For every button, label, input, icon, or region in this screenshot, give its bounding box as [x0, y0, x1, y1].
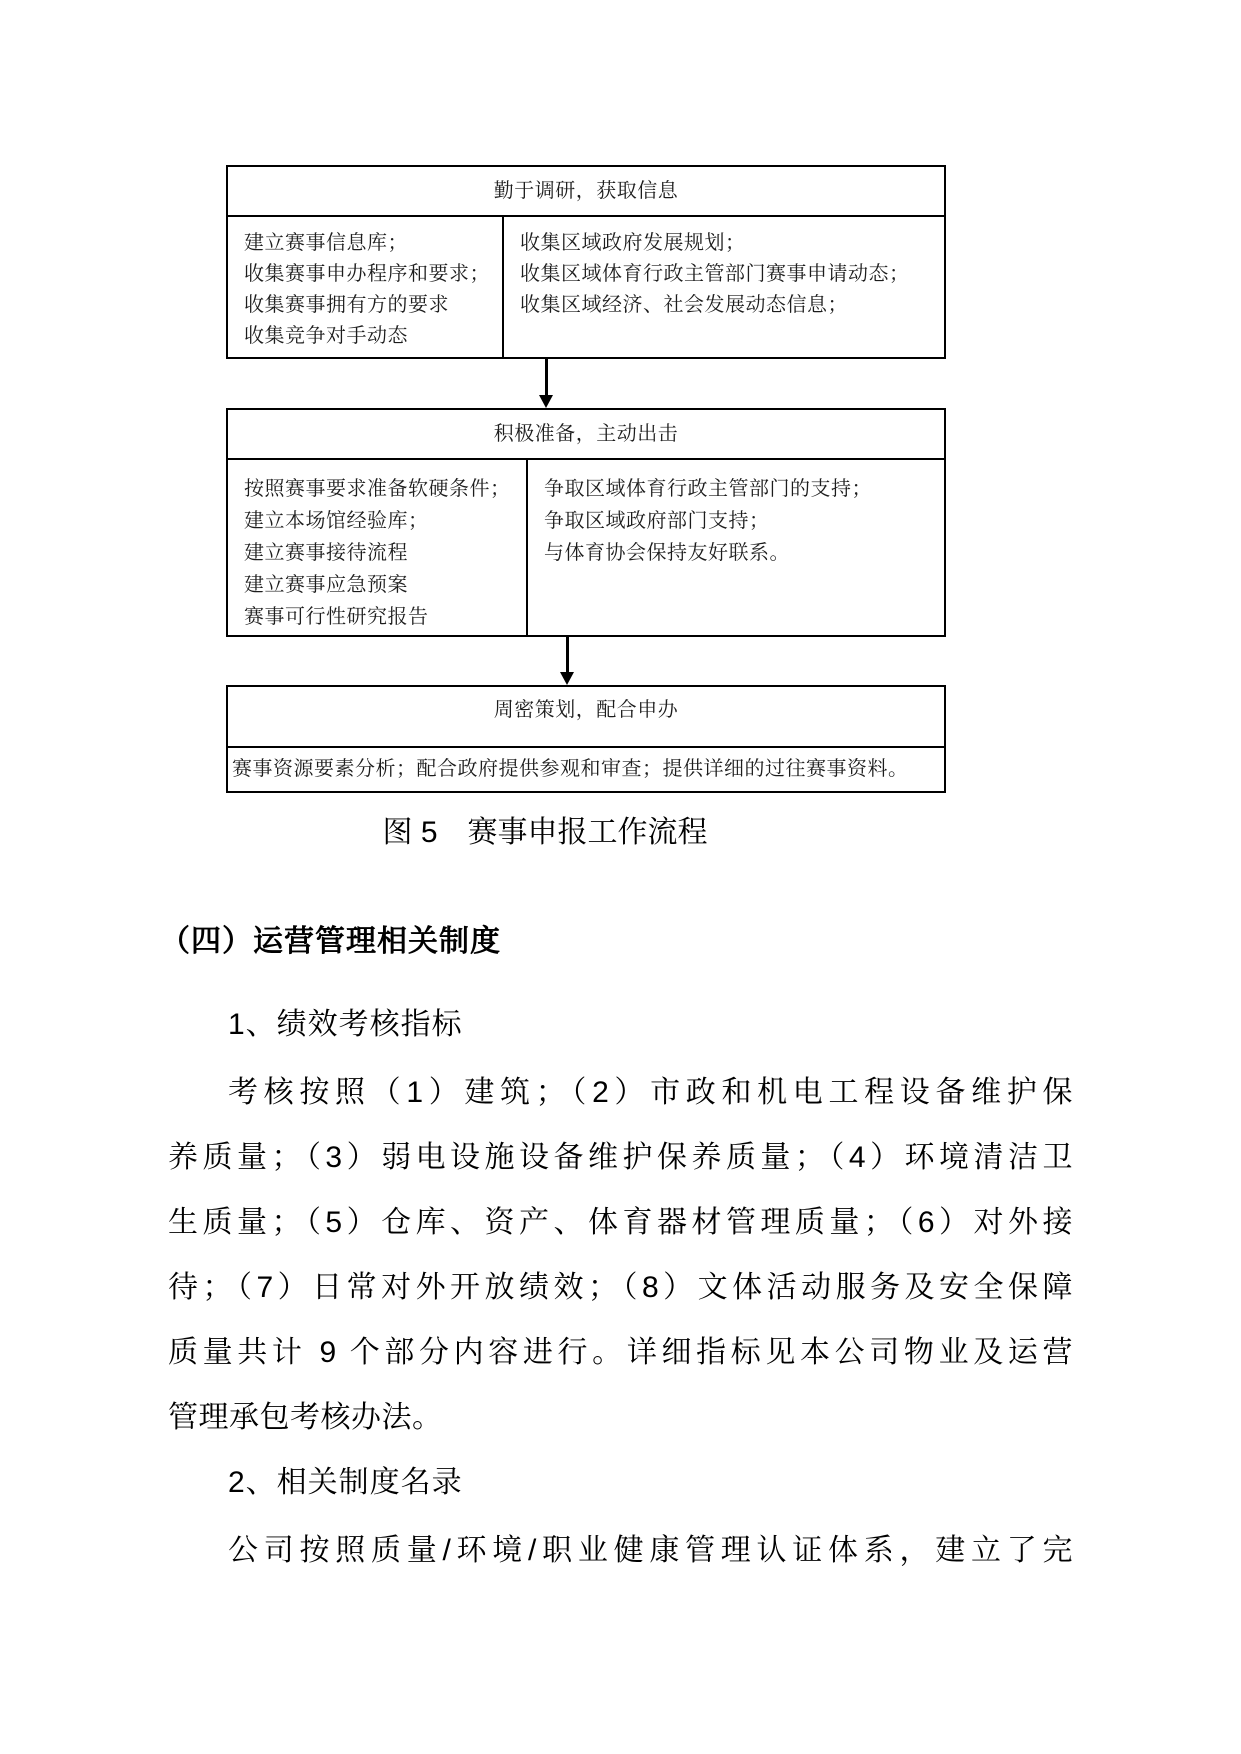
paragraph-line: 养质量；（3）弱电设施设备维护保养质量；（4）环境清洁卫	[168, 1125, 1073, 1190]
flow-item: 赛事可行性研究报告	[244, 601, 520, 633]
down-arrow-icon	[539, 359, 553, 408]
paragraph-assessment: 考核按照（1）建筑；（2）市政和机电工程设备维护保 养质量；（3）弱电设施设备维…	[168, 1060, 1073, 1450]
box-body: 建立赛事信息库； 收集赛事申办程序和要求； 收集赛事拥有方的要求 收集竞争对手动…	[228, 217, 944, 357]
flowchart-box-plan: 周密策划，配合申办 赛事资源要素分析；配合政府提供参观和审查；提供详细的过往赛事…	[226, 685, 946, 793]
section-heading: （四）运营管理相关制度	[160, 920, 501, 964]
flow-item: 争取区域政府部门支持；	[544, 505, 938, 537]
box-header: 勤于调研，获取信息	[228, 167, 944, 217]
box-header: 周密策划，配合申办	[228, 687, 944, 748]
box-right-cell: 争取区域体育行政主管部门的支持； 争取区域政府部门支持； 与体育协会保持友好联系…	[528, 460, 944, 635]
arrow-head	[560, 672, 574, 685]
flow-item: 建立本场馆经验库；	[244, 505, 520, 537]
document-page: 勤于调研，获取信息 建立赛事信息库； 收集赛事申办程序和要求； 收集赛事拥有方的…	[0, 0, 1241, 1754]
box-left-cell: 按照赛事要求准备软硬条件； 建立本场馆经验库； 建立赛事接待流程 建立赛事应急预…	[228, 460, 528, 635]
flow-item: 建立赛事接待流程	[244, 537, 520, 569]
flowchart-box-prepare: 积极准备，主动出击 按照赛事要求准备软硬条件； 建立本场馆经验库； 建立赛事接待…	[226, 408, 946, 637]
flow-item: 收集区域体育行政主管部门赛事申请动态；	[520, 259, 938, 290]
flow-item: 收集赛事拥有方的要求	[244, 290, 496, 321]
flowchart-box-research: 勤于调研，获取信息 建立赛事信息库； 收集赛事申办程序和要求； 收集赛事拥有方的…	[226, 165, 946, 359]
box-body: 按照赛事要求准备软硬条件； 建立本场馆经验库； 建立赛事接待流程 建立赛事应急预…	[228, 460, 944, 635]
flow-item: 收集区域政府发展规划；	[520, 228, 938, 259]
arrow-shaft	[545, 359, 548, 396]
arrow-shaft	[566, 637, 569, 673]
flow-item: 与体育协会保持友好联系。	[544, 537, 938, 569]
box-header: 积极准备，主动出击	[228, 410, 944, 460]
flow-item: 争取区域体育行政主管部门的支持；	[544, 473, 938, 505]
flow-item: 收集区域经济、社会发展动态信息；	[520, 290, 938, 321]
paragraph-line: 质量共计 9 个部分内容进行。详细指标见本公司物业及运营	[168, 1320, 1073, 1385]
paragraph-systems: 公司按照质量/环境/职业健康管理认证体系，建立了完	[168, 1518, 1073, 1583]
sub-heading-2: 2、相关制度名录	[228, 1461, 463, 1505]
down-arrow-icon	[560, 637, 574, 685]
flow-item: 建立赛事信息库；	[244, 228, 496, 259]
paragraph-line: 考核按照（1）建筑；（2）市政和机电工程设备维护保	[168, 1060, 1073, 1125]
arrow-head	[539, 395, 553, 408]
box-left-cell: 建立赛事信息库； 收集赛事申办程序和要求； 收集赛事拥有方的要求 收集竞争对手动…	[228, 217, 504, 357]
flow-item: 收集赛事申办程序和要求；	[244, 259, 496, 290]
paragraph-line: 生质量；（5）仓库、资产、体育器材管理质量；（6）对外接	[168, 1190, 1073, 1255]
box-right-cell: 收集区域政府发展规划； 收集区域体育行政主管部门赛事申请动态； 收集区域经济、社…	[504, 217, 944, 357]
figure-caption: 图 5 赛事申报工作流程	[140, 812, 950, 854]
paragraph-line: 待；（7）日常对外开放绩效；（8）文体活动服务及安全保障	[168, 1255, 1073, 1320]
paragraph-line: 管理承包考核办法。	[168, 1385, 1073, 1450]
sub-heading-1: 1、绩效考核指标	[228, 1003, 463, 1047]
box-content: 赛事资源要素分析；配合政府提供参观和审查；提供详细的过往赛事资料。	[228, 748, 944, 793]
paragraph-line: 公司按照质量/环境/职业健康管理认证体系，建立了完	[168, 1518, 1073, 1583]
flow-item: 建立赛事应急预案	[244, 569, 520, 601]
flow-item: 按照赛事要求准备软硬条件；	[244, 473, 520, 505]
flow-item: 收集竞争对手动态	[244, 321, 496, 352]
